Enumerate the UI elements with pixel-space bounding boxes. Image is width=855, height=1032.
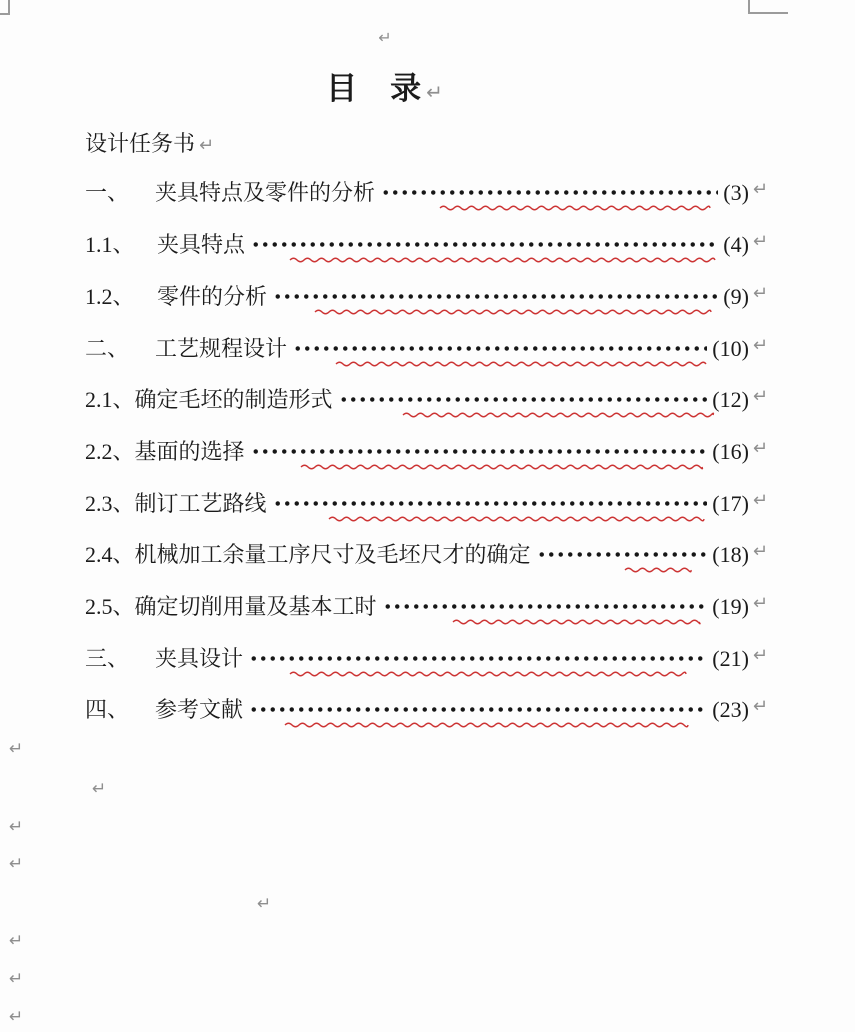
toc-page-number: (9)	[723, 283, 749, 310]
toc-item-title: 参考文献	[155, 696, 243, 723]
toc-row: 2.5、确定切削用量及基本工时 (19) ↵	[85, 593, 768, 627]
paragraph-mark-icon: ↵	[753, 647, 768, 665]
toc-item-number: 2.2、	[85, 438, 135, 465]
toc-item-title: 制订工艺路线	[135, 490, 267, 517]
toc-item-number: 2.3、	[85, 490, 135, 517]
toc-item-number: 2.5、	[85, 593, 135, 620]
toc-row: 二、工艺规程设计 (10) ↵	[85, 335, 768, 369]
paragraph-mark-icon: ↵	[753, 337, 768, 355]
paragraph-mark-icon: ↵	[753, 492, 768, 510]
spellcheck-squiggle-icon	[625, 565, 691, 575]
toc-item-title: 夹具设计	[155, 645, 243, 672]
toc-page-number: (23)	[712, 696, 749, 723]
paragraph-mark-icon: ↵	[753, 285, 768, 303]
toc-item-number: 一、	[85, 179, 155, 206]
toc-page-number: (12)	[712, 386, 749, 413]
toc-item-title: 机械加工余量工序尺寸及毛坯尺才的确定	[135, 541, 531, 568]
paragraph-mark-icon: ↵	[378, 28, 391, 47]
toc-item-title: 确定毛坯的制造形式	[135, 386, 333, 413]
toc-heading: 设计任务书	[85, 131, 195, 156]
toc-row: 一、夹具特点及零件的分析 (3) ↵	[85, 179, 768, 213]
toc-item-number: 2.1、	[85, 386, 135, 413]
spellcheck-squiggle-icon	[403, 410, 713, 420]
paragraph-mark-icon: ↵	[9, 933, 23, 950]
spellcheck-squiggle-icon	[315, 307, 711, 317]
toc-item-number: 二、	[85, 335, 155, 362]
spellcheck-squiggle-icon	[440, 203, 710, 213]
spellcheck-squiggle-icon	[290, 255, 715, 265]
toc-item-title: 工艺规程设计	[155, 335, 287, 362]
paragraph-mark-icon: ↵	[753, 698, 768, 716]
toc-row: 2.3、制订工艺路线 (17) ↵	[85, 490, 768, 524]
toc-page-number: (3)	[723, 179, 749, 206]
toc-item-title: 夹具特点及零件的分析	[155, 179, 375, 206]
dot-leader	[293, 335, 707, 362]
spellcheck-squiggle-icon	[301, 462, 702, 472]
toc-row: 2.4、机械加工余量工序尺寸及毛坯尺才的确定 (18) ↵	[85, 541, 768, 575]
spellcheck-squiggle-icon	[290, 669, 686, 679]
crop-mark-top-left-icon	[0, 0, 10, 15]
paragraph-mark-icon: ↵	[92, 781, 106, 798]
toc-page-number: (17)	[712, 490, 749, 517]
dot-leader	[273, 283, 718, 310]
paragraph-mark-icon: ↵	[9, 819, 23, 836]
toc-page-number: (16)	[712, 438, 749, 465]
empty-paragraph: ↵	[0, 30, 770, 48]
dot-leader	[381, 179, 718, 206]
paragraph-mark-icon: ↵	[257, 896, 271, 913]
paragraph-mark-icon: ↵	[9, 856, 23, 873]
spellcheck-squiggle-icon	[285, 720, 688, 730]
dot-leader	[537, 541, 708, 568]
toc-item-title: 确定切削用量及基本工时	[135, 593, 377, 620]
paragraph-mark-icon: ↵	[426, 80, 444, 104]
toc-item-title: 零件的分析	[157, 283, 267, 310]
paragraph-mark-icon: ↵	[753, 543, 768, 561]
toc-page-number: (10)	[712, 335, 749, 362]
dot-leader	[273, 490, 708, 517]
toc-item-title: 基面的选择	[135, 438, 245, 465]
toc-item-title: 夹具特点	[157, 231, 245, 258]
paragraph-mark-icon: ↵	[199, 135, 214, 156]
spellcheck-squiggle-icon	[329, 514, 704, 524]
paragraph-mark-icon: ↵	[753, 181, 768, 199]
crop-mark-top-right-icon	[748, 0, 788, 14]
toc-page-number: (19)	[712, 593, 749, 620]
toc-page-number: (18)	[712, 541, 749, 568]
toc-item-number: 1.2、	[85, 283, 157, 310]
toc-row: 1.1、夹具特点 (4) ↵	[85, 231, 768, 265]
spellcheck-squiggle-icon	[453, 617, 699, 627]
toc-heading-row: 设计任务书↵	[85, 130, 214, 157]
toc-page-number: (4)	[723, 231, 749, 258]
document-page: ↵ 目 录↵ 设计任务书↵ 一、夹具特点及零件的分析 (3) ↵ 1.1、夹具特…	[0, 0, 855, 1032]
paragraph-mark-icon: ↵	[753, 595, 768, 613]
dot-leader	[383, 593, 708, 620]
toc-page-number: (21)	[712, 645, 749, 672]
toc-item-number: 三、	[85, 645, 155, 672]
toc-row: 1.2、零件的分析 (9) ↵	[85, 283, 768, 317]
toc-row: 2.2、基面的选择 (16) ↵	[85, 438, 768, 472]
title-row: 目 录↵	[0, 70, 770, 108]
dot-leader	[249, 645, 707, 672]
spellcheck-squiggle-icon	[336, 359, 706, 369]
dot-leader	[339, 386, 708, 413]
paragraph-mark-icon: ↵	[753, 388, 768, 406]
toc-item-number: 2.4、	[85, 541, 135, 568]
paragraph-mark-icon: ↵	[9, 971, 23, 988]
toc-row: 2.1、确定毛坯的制造形式 (12) ↵	[85, 386, 768, 420]
paragraph-mark-icon: ↵	[9, 1009, 23, 1026]
page-title: 目 录	[326, 71, 422, 106]
dot-leader	[251, 231, 718, 258]
toc-row: 三、夹具设计 (21) ↵	[85, 645, 768, 679]
paragraph-mark-icon: ↵	[753, 233, 768, 251]
toc-item-number: 四、	[85, 696, 155, 723]
dot-leader	[251, 438, 708, 465]
dot-leader	[249, 696, 707, 723]
paragraph-mark-icon: ↵	[753, 440, 768, 458]
paragraph-mark-icon: ↵	[9, 741, 23, 758]
toc-item-number: 1.1、	[85, 231, 157, 258]
toc-row: 四、参考文献 (23) ↵	[85, 696, 768, 730]
